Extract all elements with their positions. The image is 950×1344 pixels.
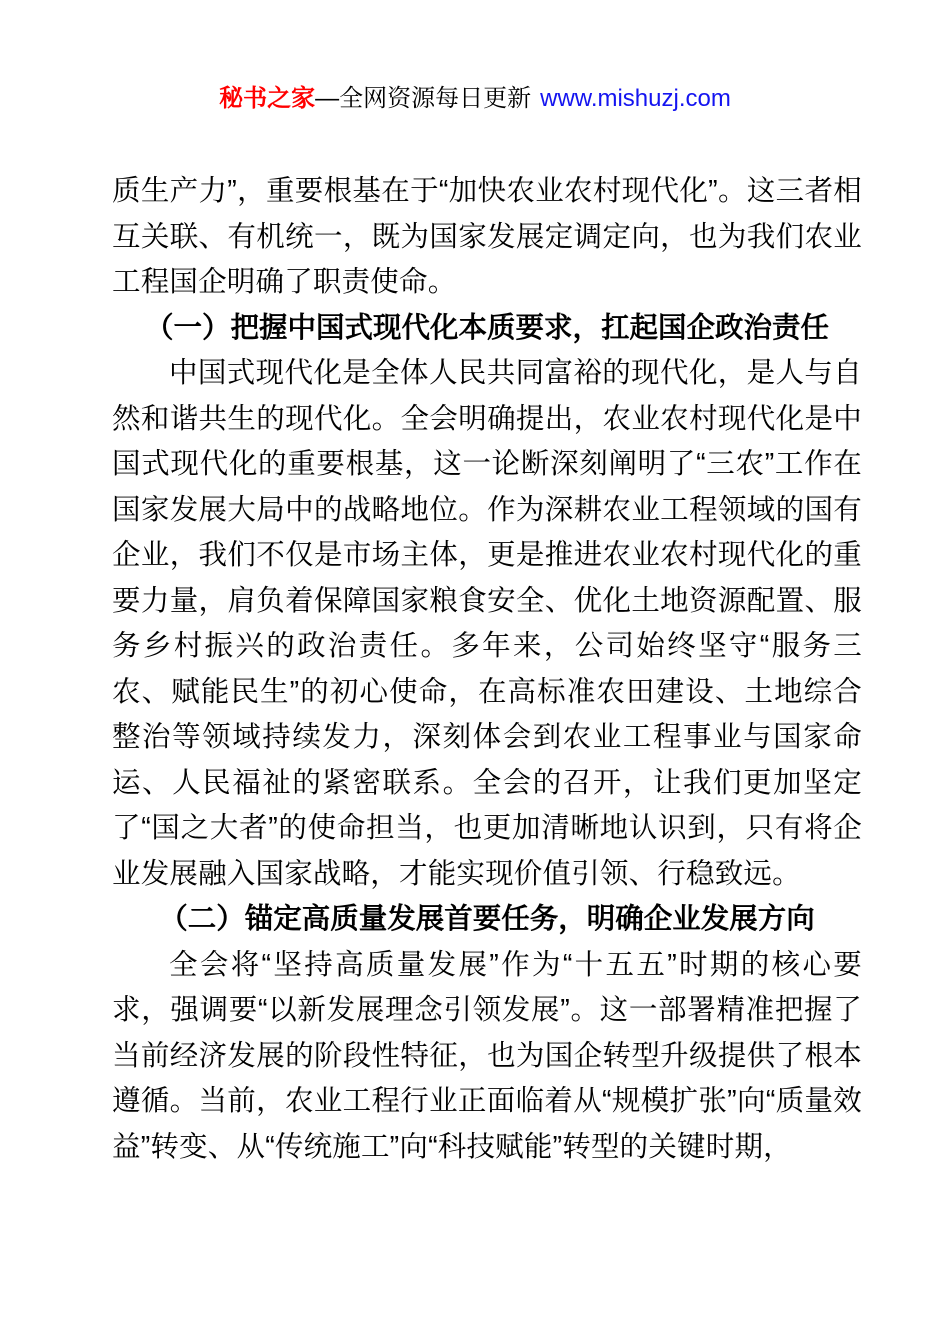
section-heading-1: （一）把握中国式现代化本质要求，扛起国企政治责任	[112, 306, 862, 352]
site-tagline: 全网资源每日更新	[339, 85, 531, 112]
section-heading-2: （二）锚定高质量发展首要任务，明确企业发展方向	[112, 897, 862, 943]
site-url-link[interactable]: www.mishuzj.com	[540, 85, 731, 112]
paragraph-section-1: 中国式现代化是全体人民共同富裕的现代化，是人与自然和谐共生的现代化。全会明确提出…	[112, 351, 862, 897]
site-brand: 秘书之家	[219, 85, 315, 112]
paragraph-continuation: 质生产力”，重要根基在于“加快农业农村现代化”。这三者相互关联、有机统一，既为国…	[112, 169, 862, 306]
paragraph-section-2: 全会将“坚持高质量发展”作为“十五五”时期的核心要求，强调要“以新发展理念引领发…	[112, 943, 862, 1171]
site-header: 秘书之家—全网资源每日更新www.mishuzj.com	[0, 0, 950, 116]
document-body: 质生产力”，重要根基在于“加快农业农村现代化”。这三者相互关联、有机统一，既为国…	[112, 169, 862, 1170]
header-dash: —	[315, 85, 339, 112]
document-page: 秘书之家—全网资源每日更新www.mishuzj.com 质生产力”，重要根基在…	[0, 0, 950, 1344]
